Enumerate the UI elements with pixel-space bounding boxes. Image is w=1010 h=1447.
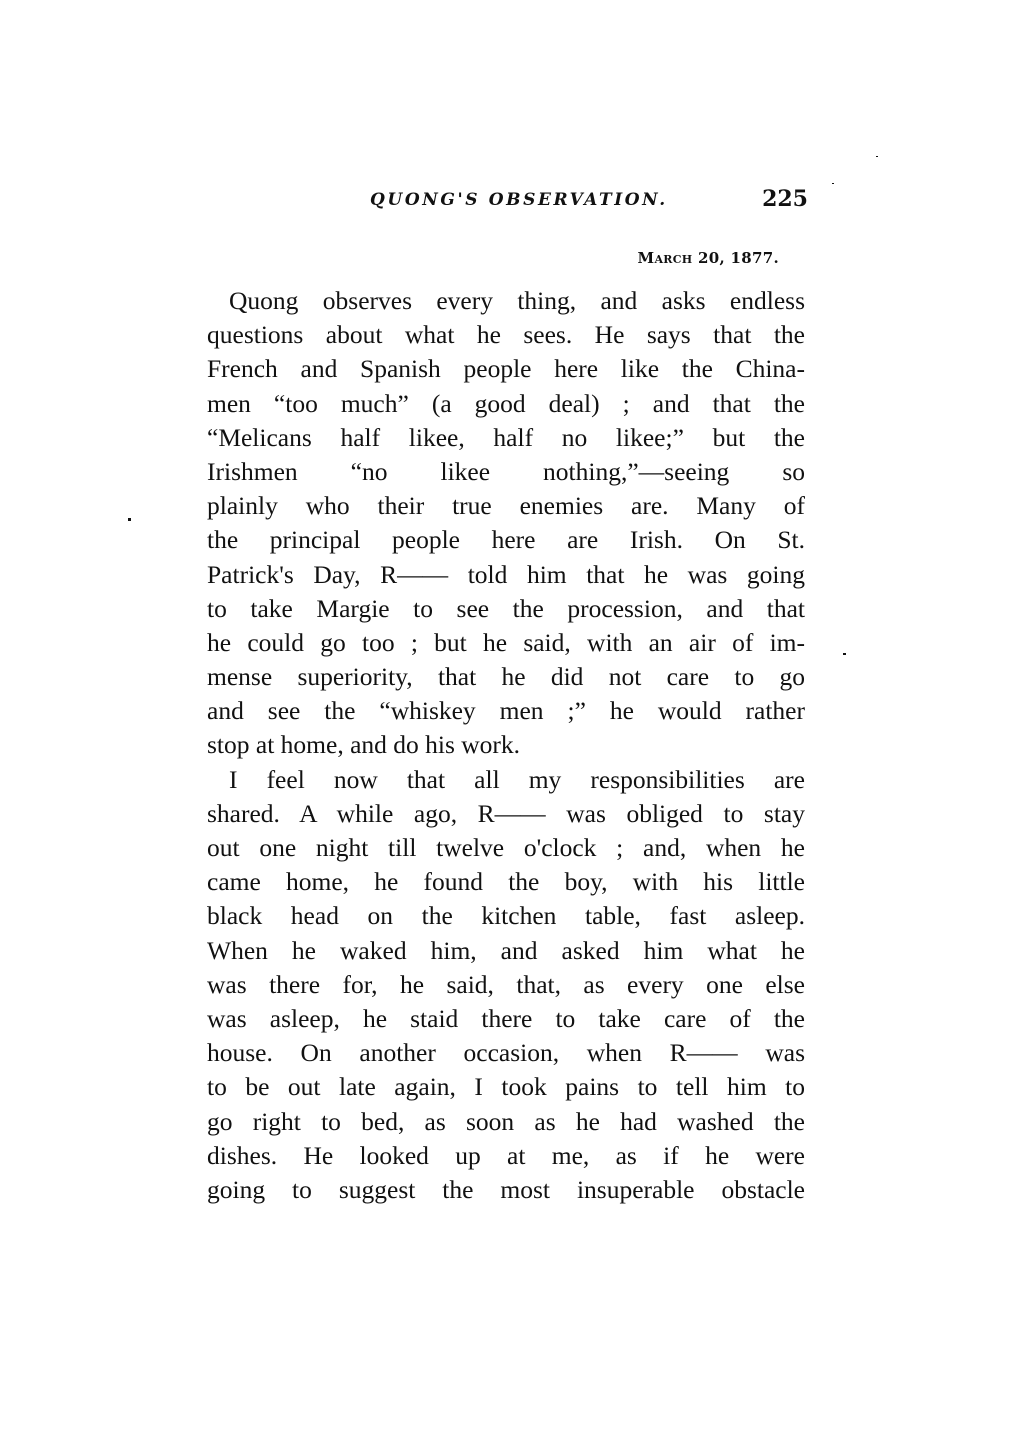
text-line: dishes. He looked up at me, as if he wer…: [207, 1139, 805, 1173]
text-line: plainly who their true enemies are. Many…: [207, 489, 805, 523]
text-line: I feel now that all my responsibilities …: [207, 763, 805, 797]
body-text: Quong observes every thing, and asks end…: [207, 284, 805, 1207]
paragraph-2: I feel now that all my responsibilities …: [207, 763, 805, 1207]
text-line: he could go too ; but he said, with an a…: [207, 626, 805, 660]
text-line: Patrick's Day, R—— told him that he was …: [207, 558, 805, 592]
text-line: Irishmen “no likee nothing,”—seeing so: [207, 455, 805, 489]
text-line: house. On another occasion, when R—— was: [207, 1036, 805, 1070]
page-number: 225: [762, 186, 808, 212]
scan-speck: [832, 183, 834, 184]
text-line: going to suggest the most insuperable ob…: [207, 1173, 805, 1207]
text-line: men “too much” (a good deal) ; and that …: [207, 387, 805, 421]
text-line: the principal people here are Irish. On …: [207, 523, 805, 557]
text-line: out one night till twelve o'clock ; and,…: [207, 831, 805, 865]
scan-speck: [128, 518, 131, 521]
text-line: go right to bed, as soon as he had washe…: [207, 1105, 805, 1139]
text-line: was there for, he said, that, as every o…: [207, 968, 805, 1002]
text-line: French and Spanish people here like the …: [207, 352, 805, 386]
running-title: QUONG'S OBSERVATION.: [370, 190, 668, 210]
running-head: QUONG'S OBSERVATION. 225: [370, 186, 808, 218]
text-line: to take Margie to see the procession, an…: [207, 592, 805, 626]
text-line: came home, he found the boy, with his li…: [207, 865, 805, 899]
scan-speck: [843, 653, 846, 655]
text-line: shared. A while ago, R—— was obliged to …: [207, 797, 805, 831]
dateline: March 20, 1877.: [638, 249, 779, 267]
text-line: questions about what he sees. He says th…: [207, 318, 805, 352]
text-line: to be out late again, I took pains to te…: [207, 1070, 805, 1104]
text-line: “Melicans half likee, half no likee;” bu…: [207, 421, 805, 455]
text-line: mense superiority, that he did not care …: [207, 660, 805, 694]
scan-speck: [876, 156, 878, 157]
text-line: Quong observes every thing, and asks end…: [207, 284, 805, 318]
text-line: black head on the kitchen table, fast as…: [207, 899, 805, 933]
text-line: When he waked him, and asked him what he: [207, 934, 805, 968]
paragraph-1: Quong observes every thing, and asks end…: [207, 284, 805, 763]
text-line: and see the “whiskey men ;” he would rat…: [207, 694, 805, 728]
text-line: stop at home, and do his work.: [207, 728, 805, 762]
book-page: QUONG'S OBSERVATION. 225 March 20, 1877.…: [0, 0, 1010, 1447]
text-line: was asleep, he staid there to take care …: [207, 1002, 805, 1036]
